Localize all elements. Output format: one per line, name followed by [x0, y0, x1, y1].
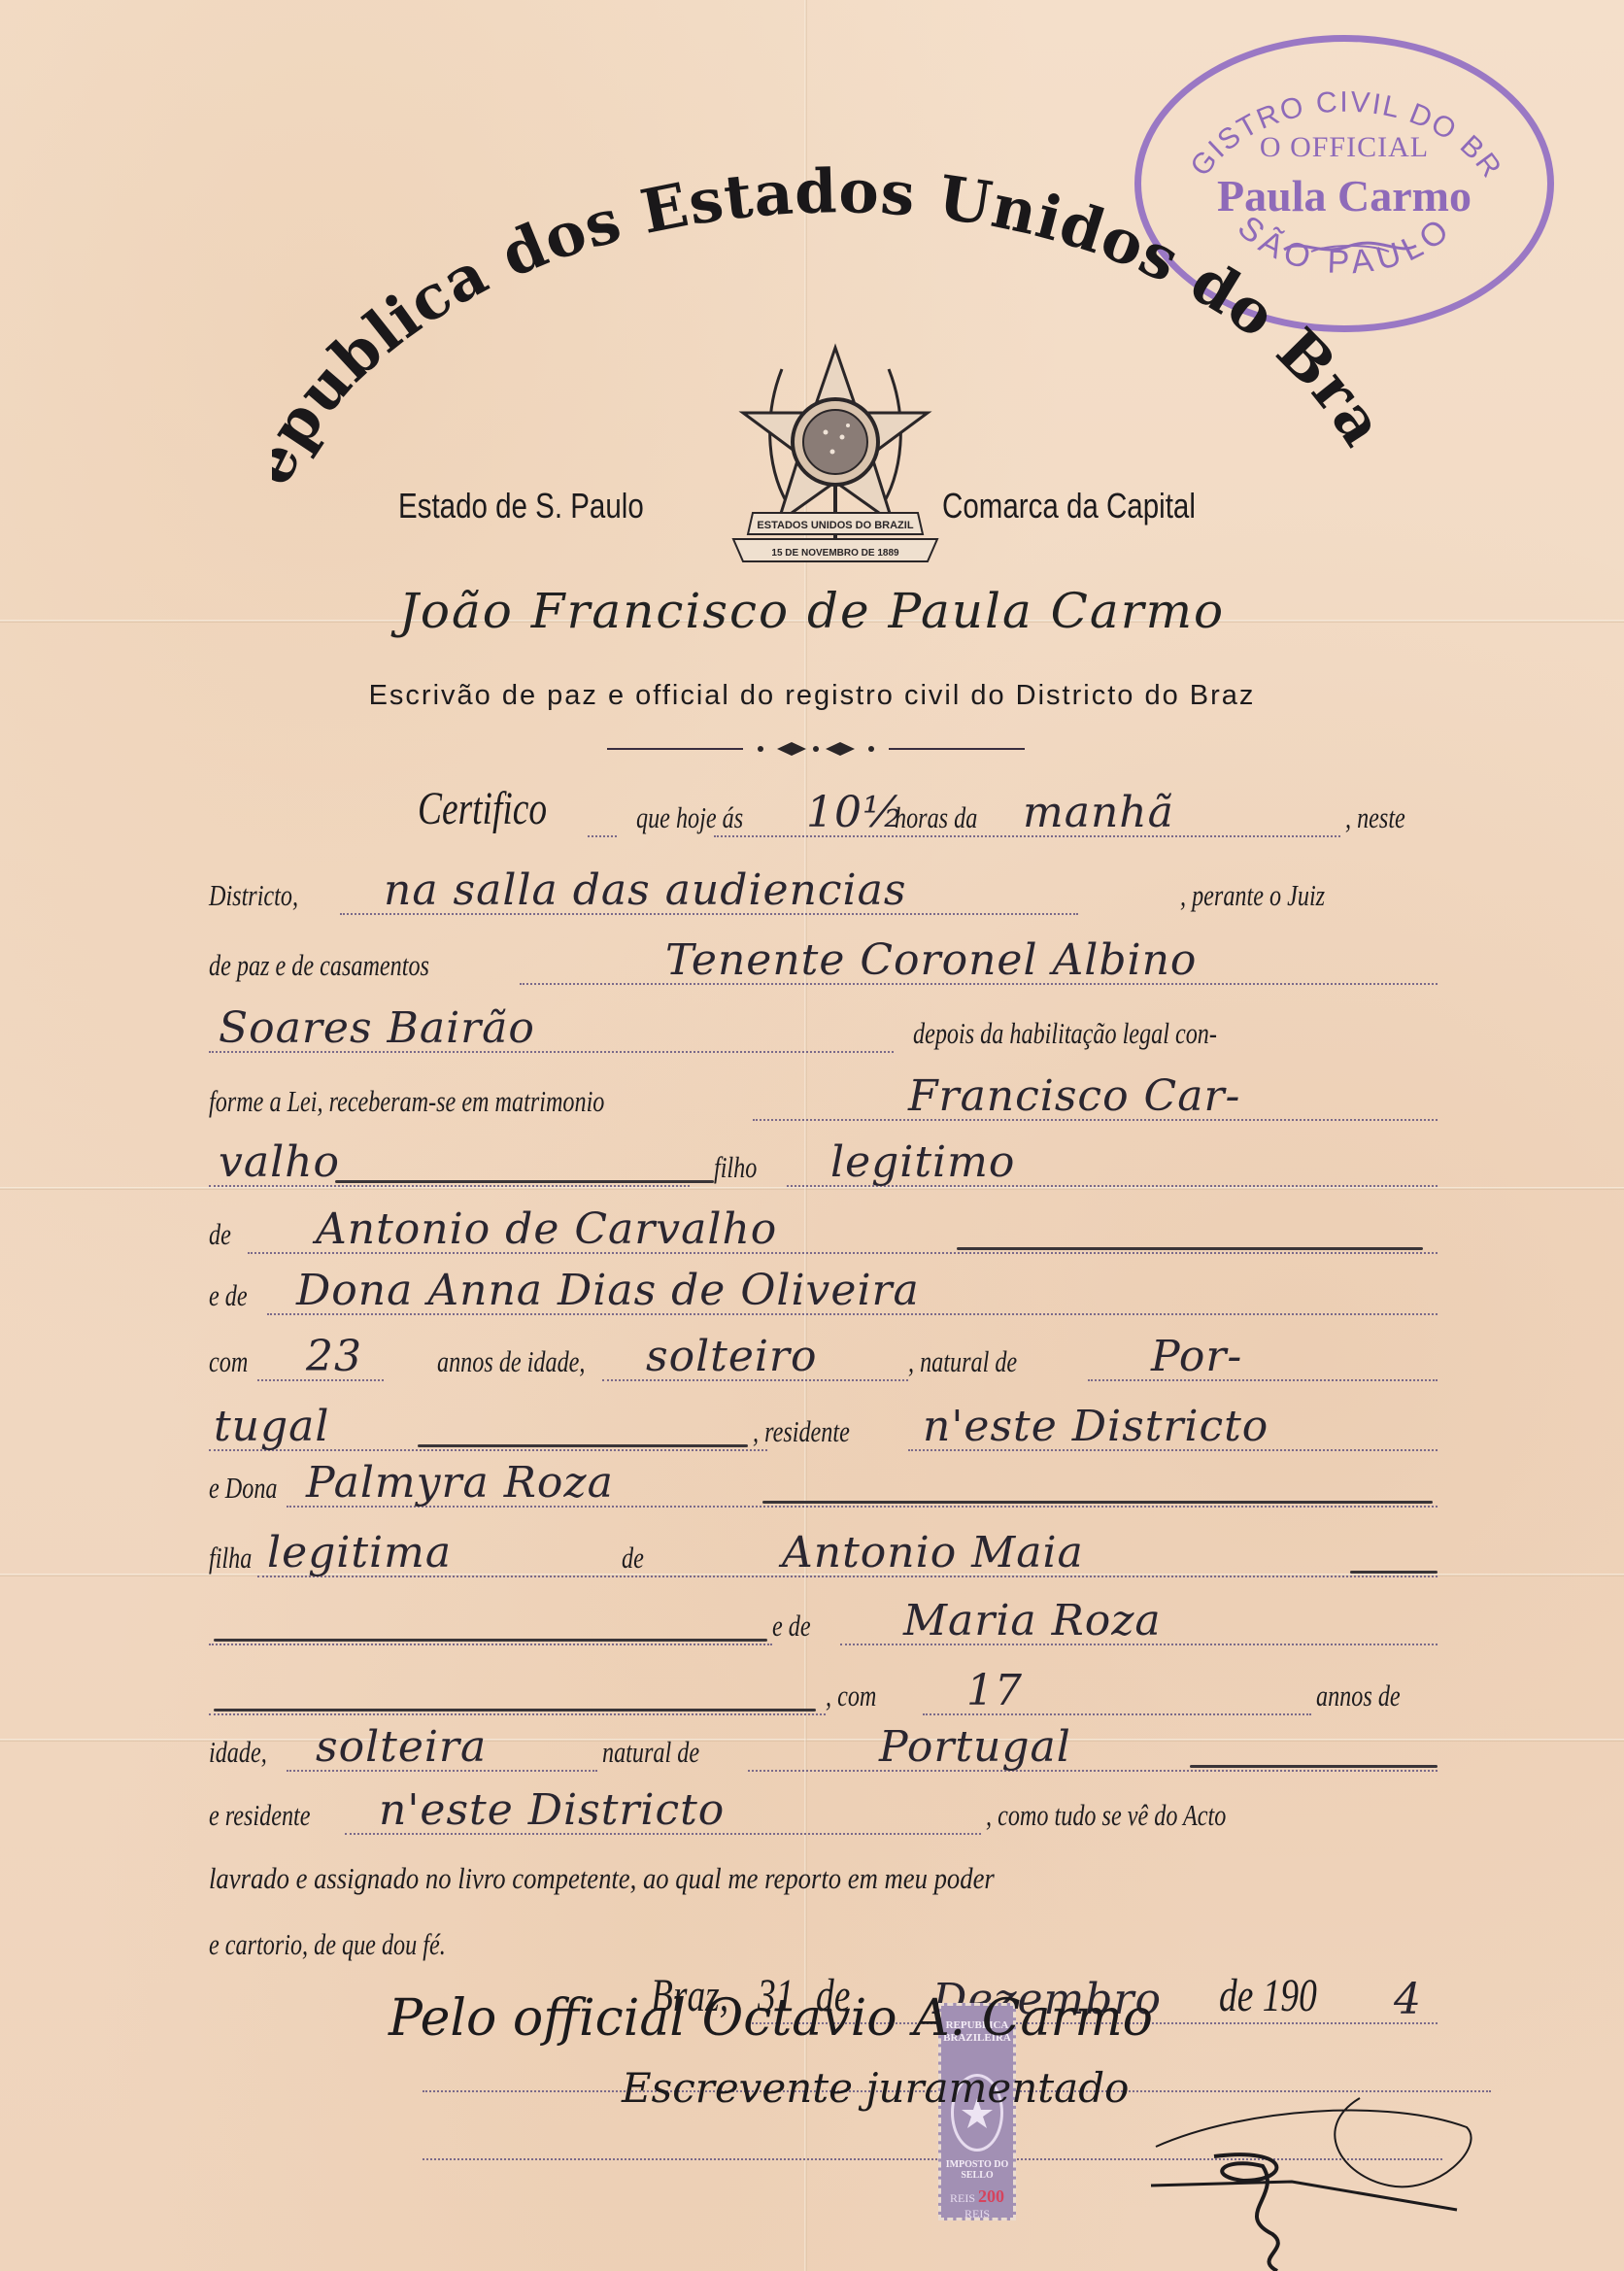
handwritten-text: Antonio Maia — [782, 1528, 1084, 1577]
date-year-digit: 4 — [1394, 1975, 1422, 2024]
certificate-line: e residente n'este Districto , como tudo… — [209, 1782, 1438, 1841]
handwritten-text: manhã — [1023, 788, 1174, 837]
certificate-line: valho filho legitimo — [209, 1135, 1438, 1193]
certificate-line: Soares Bairão depois da habilitação lega… — [209, 1000, 1438, 1059]
handwritten-text: na salla das audiencias — [384, 865, 906, 915]
printed-text: , perante o Juiz — [1180, 878, 1325, 913]
handwritten-text: Dona Anna Dias de Oliveira — [296, 1266, 920, 1315]
signature-officer: Pelo official Octavio A. Carmo — [389, 1989, 1153, 2048]
handwritten-text: Maria Roza — [903, 1596, 1162, 1645]
handwritten-text: legitimo — [830, 1137, 1015, 1187]
certificate-line: , com 17 annos de — [209, 1663, 1438, 1721]
printed-text: annos de idade, — [437, 1344, 585, 1379]
printed-text: forme a Lei, receberam-se em matrimonio — [209, 1084, 604, 1119]
blank-dash — [418, 1444, 748, 1447]
handwritten-text: solteira — [316, 1722, 487, 1772]
state-label: Estado de S. Paulo — [398, 486, 644, 526]
fill-line — [588, 835, 617, 837]
handwritten-text: 10½ — [806, 788, 905, 837]
printed-text: Districto, — [209, 878, 298, 913]
printed-text: , com — [826, 1678, 876, 1713]
fill-line — [748, 1770, 1438, 1772]
certificate-line: lavrado e assignado no livro competente,… — [209, 1846, 1438, 1904]
arms-date-text: 15 DE NOVEMBRO DE 1889 — [771, 548, 899, 559]
officer-name: João Francisco de Paula Carmo — [0, 583, 1624, 639]
fill-line — [209, 1713, 826, 1715]
officer-title: Escrivão de paz e official do registro c… — [0, 680, 1624, 712]
arms-ribbon-text: ESTADOS UNIDOS DO BRAZIL — [757, 520, 913, 531]
handwritten-text: 17 — [966, 1666, 1023, 1715]
printed-text: , natural de — [908, 1344, 1017, 1379]
handwritten-text: Palmyra Roza — [306, 1458, 614, 1508]
blank-dash — [762, 1501, 1433, 1504]
certificate-line: e cartorio, de que dou fé. — [209, 1912, 1438, 1970]
handwritten-text: tugal — [214, 1402, 330, 1451]
printed-text: e de — [209, 1278, 248, 1313]
certificate-line: idade, solteira natural de Portugal — [209, 1719, 1438, 1778]
printed-text: Certifico — [418, 782, 547, 835]
date-year-prefix: de 190 — [1219, 1969, 1317, 2022]
certificate-line: Districto, na salla das audiencias , per… — [209, 863, 1438, 921]
certificate-line: e de Dona Anna Dias de Oliveira — [209, 1263, 1438, 1321]
certificate-line: e Dona Palmyra Roza — [209, 1455, 1438, 1513]
blank-dash — [214, 1709, 816, 1712]
certificate-line: com 23 annos de idade, solteiro , natura… — [209, 1329, 1438, 1387]
printed-text: horas da — [895, 800, 977, 835]
printed-text: e Dona — [209, 1471, 278, 1506]
certificate-line: forme a Lei, receberam-se em matrimonio … — [209, 1068, 1438, 1127]
printed-text: annos de — [1316, 1678, 1401, 1713]
printed-text: de — [622, 1541, 644, 1576]
handwritten-text: Por- — [1151, 1332, 1242, 1381]
printed-text: , neste — [1345, 800, 1405, 835]
comarca-label: Comarca da Capital — [942, 486, 1196, 526]
printed-text: lavrado e assignado no livro competente,… — [209, 1861, 995, 1896]
handwritten-text: legitima — [267, 1528, 452, 1577]
handwritten-text: 23 — [306, 1332, 362, 1381]
printed-text: , residente — [753, 1414, 850, 1449]
value-label: REIS — [964, 2207, 990, 2220]
certificate-line: tugal , residente n'este Districto — [209, 1399, 1438, 1457]
printed-text: de paz e de casamentos — [209, 948, 429, 983]
handwritten-text: Tenente Coronel Albino — [665, 935, 1197, 985]
certificate-line: filha legitima de Antonio Maia — [209, 1525, 1438, 1583]
certificate-line: de paz e de casamentos Tenente Coronel A… — [209, 932, 1438, 991]
printed-text: de — [209, 1217, 231, 1252]
handwritten-text: n'este Districto — [923, 1402, 1269, 1451]
printed-text: , como tudo se vê do Acto — [986, 1798, 1226, 1833]
certificate-line: e de Maria Roza — [209, 1593, 1438, 1651]
certificate-line: de Antonio de Carvalho — [209, 1202, 1438, 1260]
printed-text: natural de — [602, 1735, 699, 1770]
blank-dash — [1190, 1765, 1438, 1768]
signature-flourish-icon — [1146, 2088, 1496, 2271]
handwritten-text: solteiro — [646, 1332, 817, 1381]
handwritten-text: n'este Districto — [379, 1785, 725, 1835]
handwritten-text: Antonio de Carvalho — [316, 1204, 777, 1254]
printed-text: e de — [772, 1609, 811, 1644]
certificate-line: Certifico que hoje ás 10½ horas da manhã… — [209, 785, 1438, 843]
revenue-stamp-value: REIS 200 REIS — [941, 2186, 1013, 2220]
value-label: REIS — [950, 2191, 975, 2205]
fill-line — [1088, 1379, 1438, 1381]
printed-text: depois da habilitação legal con- — [913, 1016, 1217, 1051]
printed-text: filho — [714, 1150, 757, 1185]
handwritten-text: Francisco Car- — [908, 1071, 1240, 1121]
signature-clerk: Escrevente juramentado — [622, 2064, 1129, 2112]
value-amount: 200 — [978, 2186, 1004, 2206]
coat-of-arms-icon: ESTADOS UNIDOS DO BRAZIL 15 DE NOVEMBRO … — [724, 340, 947, 568]
blank-dash — [335, 1180, 714, 1183]
blank-dash — [957, 1247, 1423, 1250]
printed-text: e residente — [209, 1798, 311, 1833]
printed-text: com — [209, 1344, 248, 1379]
printed-text: filha — [209, 1541, 252, 1576]
revenue-stamp-tax: IMPOSTO DO SELLO — [941, 2159, 1013, 2181]
printed-text: que hoje ás — [636, 800, 743, 835]
blank-dash — [214, 1639, 767, 1642]
handwritten-text: Soares Bairão — [219, 1003, 535, 1053]
printed-text: e cartorio, de que dou fé. — [209, 1927, 446, 1962]
handwritten-text: Portugal — [879, 1722, 1071, 1772]
printed-text: idade, — [209, 1735, 267, 1770]
handwritten-text: valho — [219, 1137, 340, 1187]
blank-dash — [1350, 1571, 1438, 1574]
ornament-divider-icon — [607, 738, 1025, 760]
fill-line — [209, 1644, 772, 1645]
